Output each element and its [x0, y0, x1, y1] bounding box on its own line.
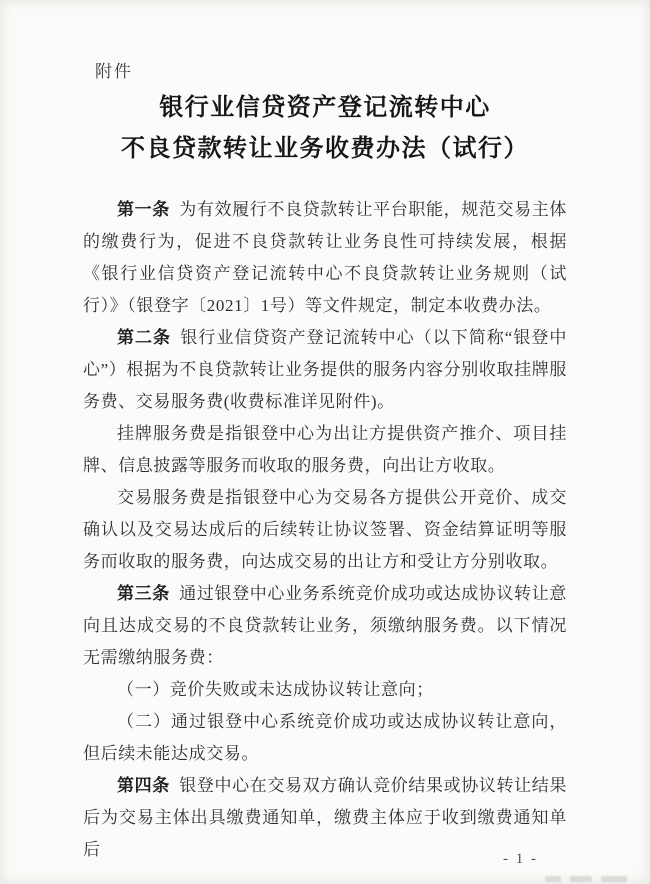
attachment-label: 附件	[95, 57, 133, 82]
paragraph-article-2: 第二条银行业信贷资产登记流转中心（以下简称“银登中心”）根据为不良贷款转让业务提…	[83, 322, 567, 418]
article-2-label: 第二条	[117, 328, 171, 347]
paragraph-item-1: （一）竞价失败或未达成协议转让意向；	[83, 674, 567, 706]
scanned-document-page: 附件 银行业信贷资产登记流转中心 不良贷款转让业务收费办法（试行） 第一条为有效…	[0, 0, 650, 884]
document-title-line2: 不良贷款转让业务收费办法（试行）	[0, 129, 650, 170]
paragraph-item-2: （二）通过银登中心系统竞价成功或达成协议转让意向，但后续未能达成交易。	[83, 706, 567, 770]
document-body: 第一条为有效履行不良贷款转让平台职能，规范交易主体的缴费行为，促进不良贷款转让业…	[83, 194, 567, 866]
document-title: 银行业信贷资产登记流转中心 不良贷款转让业务收费办法（试行）	[0, 88, 650, 170]
item-2-text: （二）通过银登中心系统竞价成功或达成协议转让意向，但后续未能达成交易。	[83, 712, 567, 763]
paragraph-listing-fee: 挂牌服务费是指银登中心为出让方提供资产推介、项目挂牌、信息披露等服务而收取的服务…	[83, 418, 567, 482]
scan-artifact	[545, 874, 635, 884]
transaction-fee-text: 交易服务费是指银登中心为交易各方提供公开竞价、成交确认以及交易达成后的后续转让协…	[83, 488, 567, 571]
page-number: - 1 -	[503, 851, 538, 868]
paragraph-article-4: 第四条银登中心在交易双方确认竞价结果或协议转让结果后为交易主体出具缴费通知单，缴…	[83, 770, 567, 866]
listing-fee-text: 挂牌服务费是指银登中心为出让方提供资产推介、项目挂牌、信息披露等服务而收取的服务…	[83, 424, 567, 475]
article-4-label: 第四条	[117, 776, 170, 795]
paragraph-article-1: 第一条为有效履行不良贷款转让平台职能，规范交易主体的缴费行为，促进不良贷款转让业…	[83, 194, 567, 322]
article-3-label: 第三条	[117, 584, 170, 603]
paragraph-article-3: 第三条通过银登中心业务系统竞价成功或达成协议转让意向且达成交易的不良贷款转让业务…	[83, 578, 567, 674]
paragraph-transaction-fee: 交易服务费是指银登中心为交易各方提供公开竞价、成交确认以及交易达成后的后续转让协…	[83, 482, 567, 578]
article-1-label: 第一条	[117, 200, 170, 219]
document-title-line1: 银行业信贷资产登记流转中心	[0, 88, 650, 129]
item-1-text: （一）竞价失败或未达成协议转让意向；	[117, 680, 434, 699]
